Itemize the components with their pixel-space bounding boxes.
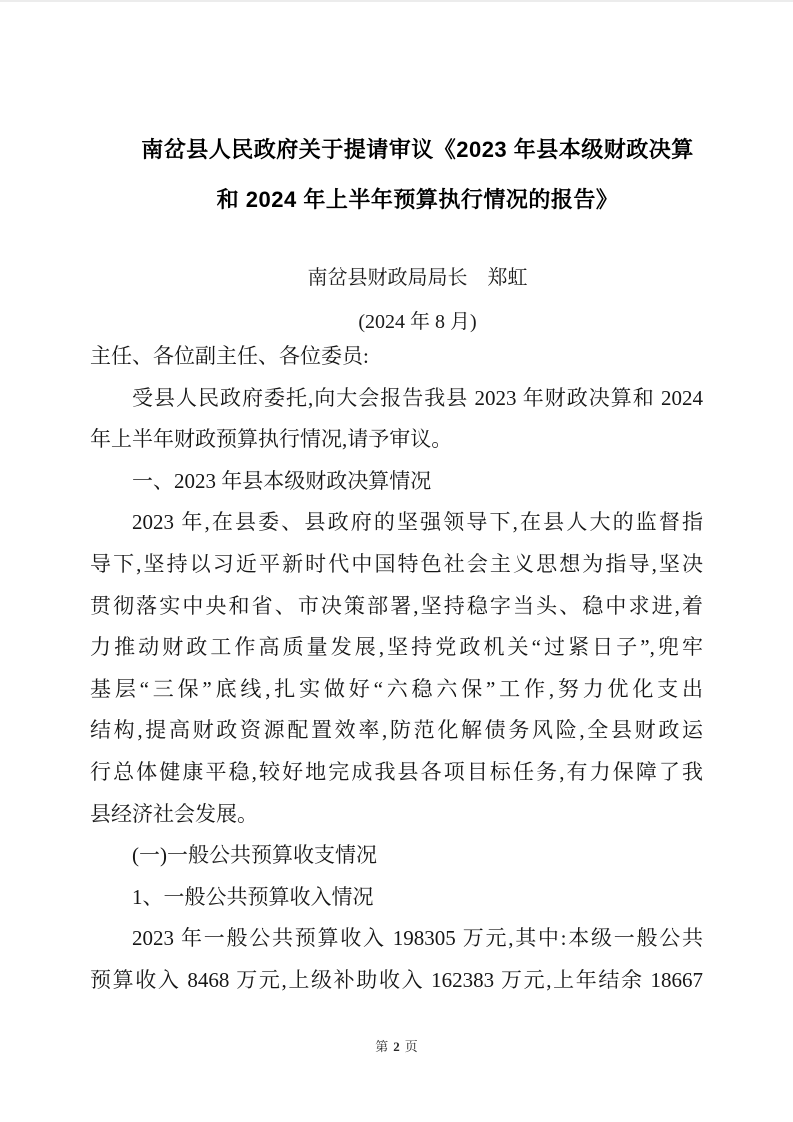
paragraph-line: 预算收入 8468 万元,上级补助收入 162383 万元,上年结余 18667 xyxy=(90,960,703,1002)
paragraph-line: 县经济社会发展。 xyxy=(90,794,703,836)
document-body: 主任、各位副主任、各位委员: 受县人民政府委托,向大会报告我县 2023 年财政… xyxy=(90,336,703,1002)
page-number: 2 xyxy=(393,1039,400,1054)
section-heading-2: (一)一般公共预算收支情况 xyxy=(90,835,703,877)
paragraph-line: 导下,坚持以习近平新时代中国特色社会主义思想为指导,坚决 xyxy=(90,544,703,586)
document-title: 南岔县人民政府关于提请审议《2023 年县本级财政决算 和 2024 年上半年预… xyxy=(132,125,703,225)
document-page: 南岔县人民政府关于提请审议《2023 年县本级财政决算 和 2024 年上半年预… xyxy=(0,0,793,1122)
document-title-line-1: 南岔县人民政府关于提请审议《2023 年县本级财政决算 xyxy=(132,125,703,175)
page-footer: 第2页 xyxy=(0,1036,793,1058)
paragraph-line: 贯彻落实中央和省、市决策部署,坚持稳字当头、稳中求进,着 xyxy=(90,586,703,628)
paragraph-line: 结构,提高财政资源配置效率,防范化解债务风险,全县财政运 xyxy=(90,710,703,752)
section-heading-3: 1、一般公共预算收入情况 xyxy=(90,877,703,919)
paragraph-line: 2023 年,在县委、县政府的坚强领导下,在县人大的监督指 xyxy=(90,502,703,544)
salutation-line: 主任、各位副主任、各位委员: xyxy=(90,336,703,378)
title-block: 南岔县人民政府关于提请审议《2023 年县本级财政决算 和 2024 年上半年预… xyxy=(90,125,703,335)
page-footer-suffix: 页 xyxy=(405,1039,418,1054)
document-title-line-2: 和 2024 年上半年预算执行情况的报告》 xyxy=(132,175,703,225)
paragraph-line: 基层“三保”底线,扎实做好“六稳六保”工作,努力优化支出 xyxy=(90,669,703,711)
paragraph-line: 年上半年财政预算执行情况,请予审议。 xyxy=(90,419,703,461)
date-line: (2024 年 8 月) xyxy=(132,309,703,335)
paragraph-line: 2023 年一般公共预算收入 198305 万元,其中:本级一般公共 xyxy=(90,918,703,960)
author-line: 南岔县财政局局长 郑虹 xyxy=(132,265,703,291)
section-heading-1: 一、2023 年县本级财政决算情况 xyxy=(90,461,703,503)
paragraph-line: 力推动财政工作高质量发展,坚持党政机关“过紧日子”,兜牢 xyxy=(90,627,703,669)
paragraph-line: 行总体健康平稳,较好地完成我县各项目标任务,有力保障了我 xyxy=(90,752,703,794)
paragraph-line: 受县人民政府委托,向大会报告我县 2023 年财政决算和 2024 xyxy=(90,378,703,420)
page-footer-prefix: 第 xyxy=(375,1039,388,1054)
